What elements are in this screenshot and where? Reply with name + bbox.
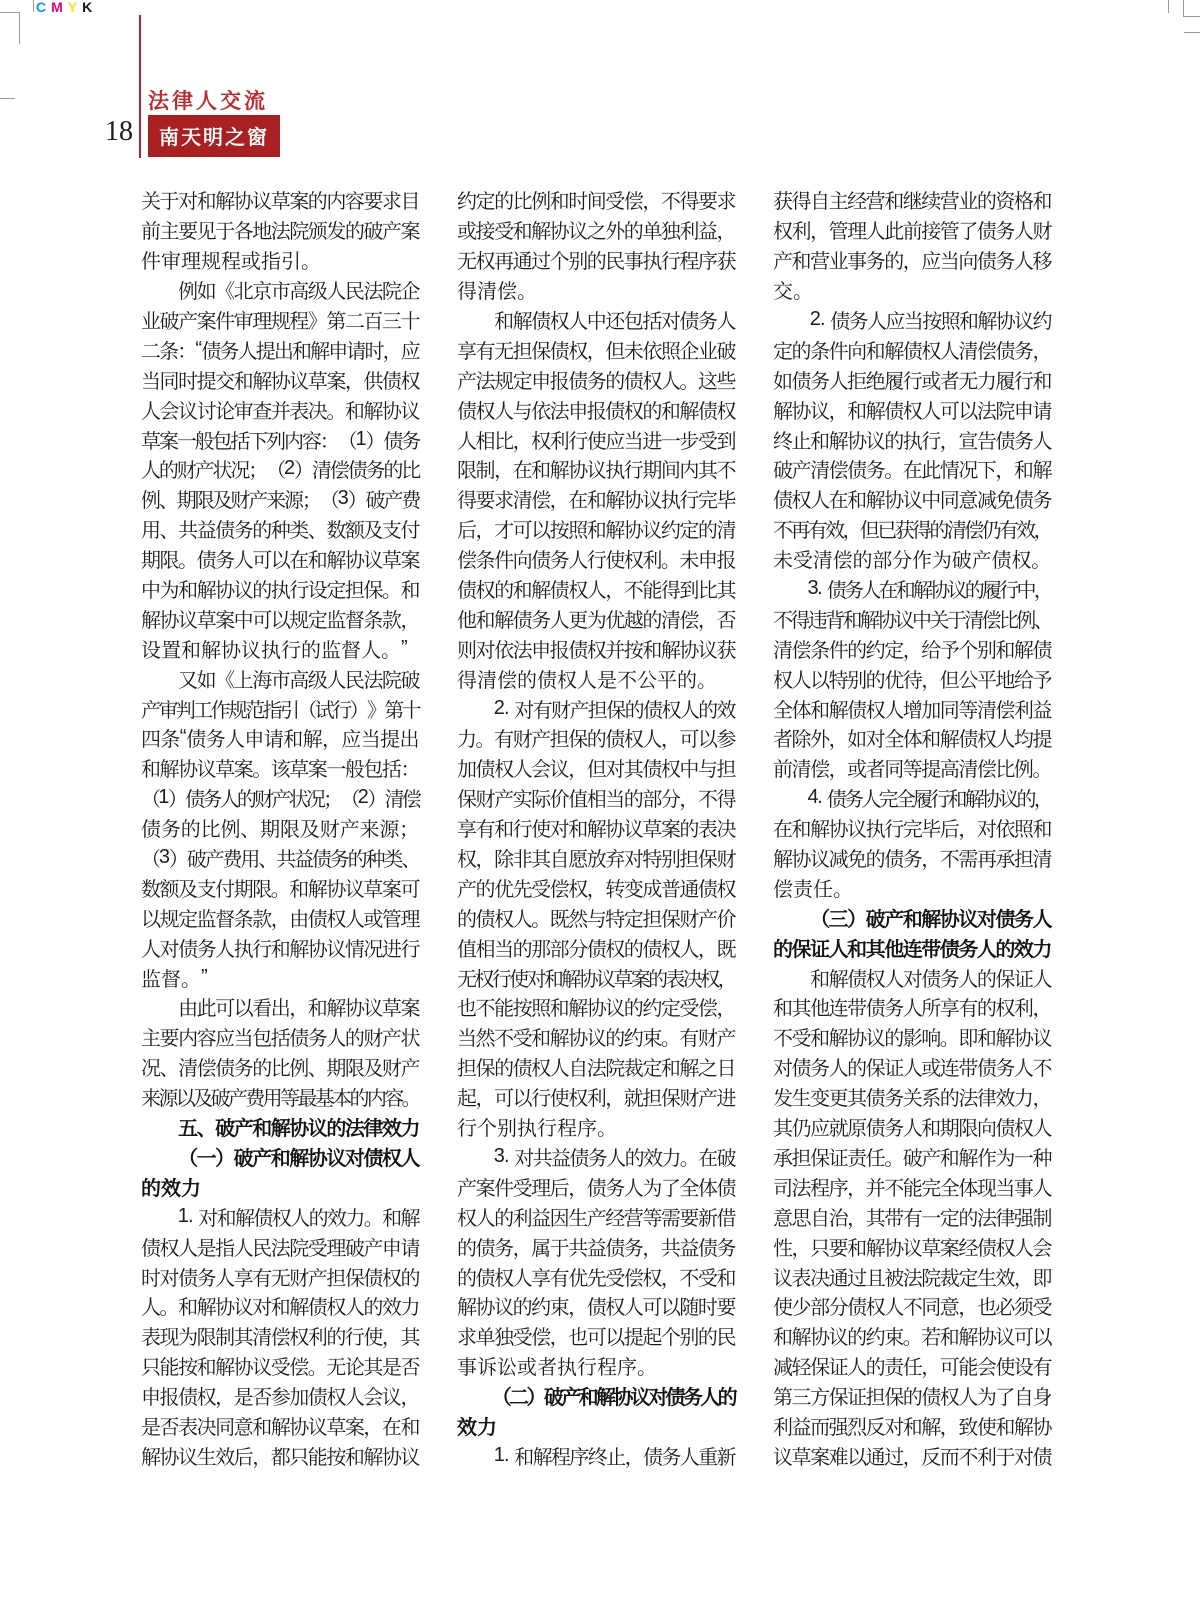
body-text-line: 人的财产状况；（2）清偿债务的比 — [141, 454, 419, 484]
body-text-line: 人对债务人执行和解协议情况进行 — [141, 932, 419, 962]
body-text-line: 起，可以行使权利，就担保财产进 — [457, 1082, 735, 1112]
body-text-line: 草案一般包括下列内容：（1）债务 — [141, 424, 419, 454]
text-column-3: 获得自主经营和继续营业的资格和权利，管理人此前接管了债务人财产和营业事务的，应当… — [773, 185, 1051, 1470]
body-text-line: 是否表决同意和解协议草案，在和 — [141, 1411, 419, 1441]
heading-line: 的保证人和其他连带债务人的效力 — [773, 932, 1051, 962]
body-text-line: 产审判工作规范指引（试行）》第十 — [141, 693, 419, 723]
body-text-line: 中为和解协议的执行设定担保。和 — [141, 574, 419, 604]
body-text-line: 限制，在和解协议执行期间内其不 — [457, 454, 735, 484]
body-text-line: 产的优先受偿权，转变成普通债权 — [457, 872, 735, 902]
body-text-line: 人。和解协议对和解债权人的效力 — [141, 1291, 419, 1321]
body-text-line: 第三方保证担保的债权人为了自身 — [773, 1381, 1051, 1411]
body-text-line: 又如《上海市高级人民法院破 — [141, 663, 419, 693]
heading-line: （二）破产和解协议对债务人的 — [457, 1381, 735, 1411]
body-text-line: 以规定监督条款，由债权人或管理 — [141, 902, 419, 932]
body-text-line: 定的条件向和解债权人清偿债务， — [773, 334, 1051, 364]
body-text-line: 约定的比例和时间受偿，不得要求 — [457, 185, 735, 215]
body-text-line: 期限。债务人可以在和解协议草案 — [141, 544, 419, 574]
body-text-line: 后，才可以按照和解协议约定的清 — [457, 514, 735, 544]
heading-line: （三）破产和解协议对债务人 — [773, 902, 1051, 932]
cmyk-m: M — [51, 0, 63, 15]
body-text-line: 破产清偿债务。在此情况下，和解 — [773, 454, 1051, 484]
body-text-line: 例如《北京市高级人民法院企 — [141, 275, 419, 305]
body-text-line: （1）债务人的财产状况；（2）清偿 — [141, 783, 419, 813]
header-vertical-rule — [139, 15, 141, 158]
body-text-line: 用、共益债务的种类、数额及支付 — [141, 514, 419, 544]
body-text-line: 产案件受理后，债务人为了全体债 — [457, 1171, 735, 1201]
body-text-line: 只能按和解协议受偿。无论其是否 — [141, 1351, 419, 1381]
crop-mark-left-tick — [0, 98, 15, 99]
crop-mark-top-right-v — [1183, 0, 1184, 16]
body-text-line: 解协议生效后，都只能按和解协议 — [141, 1440, 419, 1470]
body-text-line: 2. 债务人应当按照和解协议约 — [773, 305, 1051, 335]
body-text-line: 力。有财产担保的债权人，可以参 — [457, 723, 735, 753]
body-text-line: 债权的和解债权人，不能得到比其 — [457, 574, 735, 604]
body-text-line: 利益而强烈反对和解，致使和解协 — [773, 1411, 1051, 1441]
body-text-line: 权，除非其自愿放弃对特别担保财 — [457, 843, 735, 873]
body-text-line: 享有无担保债权，但未依照企业破 — [457, 334, 735, 364]
body-text-line: 人相比，权利行使应当进一步受到 — [457, 424, 735, 454]
body-text-line: 不受和解协议的影响。即和解协议 — [773, 1022, 1051, 1052]
body-text-line: 前清偿，或者同等提高清偿比例。 — [773, 753, 1051, 783]
body-text-line: 主要内容应当包括债务人的财产状 — [141, 1022, 419, 1052]
cmyk-k: K — [82, 0, 92, 15]
body-text-line: 得清偿的债权人是不公平的。 — [457, 663, 735, 693]
crop-mark-right-bleed-v — [1168, 0, 1169, 13]
body-text-line: 事诉讼或者执行程序。 — [457, 1351, 735, 1381]
magazine-page: CMYK 18 法律人交流 南天明之窗 关于对和解协议草案的内容要求目前主要见于… — [0, 0, 1200, 1606]
body-text-line: 在和解协议执行完毕后，对依照和 — [773, 813, 1051, 843]
body-text-line: 产和营业事务的，应当向债务人移 — [773, 245, 1051, 275]
body-text-line: 加债权人会议，但对其债权中与担 — [457, 753, 735, 783]
body-text-line: 3. 对共益债务人的效力。在破 — [457, 1142, 735, 1172]
body-text-line: 的债务，属于共益债务，共益债务 — [457, 1231, 735, 1261]
body-text-line: 或接受和解协议之外的单独利益， — [457, 215, 735, 245]
body-text-line: 偿责任。 — [773, 872, 1051, 902]
body-text-line: 产法规定申报债务的债权人。这些 — [457, 364, 735, 394]
body-text-line: 解协议，和解债权人可以法院申请 — [773, 394, 1051, 424]
body-text-line: 减轻保证人的责任，可能会使设有 — [773, 1351, 1051, 1381]
crop-mark-left-bleed-v — [33, 0, 34, 12]
body-text-line: 时对债务人享有无财产担保债权的 — [141, 1261, 419, 1291]
section-title: 法律人交流 — [148, 85, 268, 115]
body-text-line: 求单独受偿，也可以提起个别的民 — [457, 1321, 735, 1351]
body-text-line: 表现为限制其清偿权利的行使，其 — [141, 1321, 419, 1351]
body-text-line: 得清偿。 — [457, 275, 735, 305]
body-text-line: 1. 对和解债权人的效力。和解 — [141, 1201, 419, 1231]
heading-line: 五、破产和解协议的法律效力 — [141, 1112, 419, 1142]
body-text-line: 性，只要和解协议草案经债权人会 — [773, 1231, 1051, 1261]
body-text-line: 者除外，如对全体和解债权人均提 — [773, 723, 1051, 753]
body-text-line: 1. 和解程序终止，债务人重新 — [457, 1440, 735, 1470]
body-text-line: 当然不受和解协议的约束。有财产 — [457, 1022, 735, 1052]
body-text-line: 担保的债权人自法院裁定和解之日 — [457, 1052, 735, 1082]
body-text-line: 4. 债务人完全履行和解协议的， — [773, 783, 1051, 813]
heading-line: 效力 — [457, 1411, 735, 1441]
body-text-line: 他和解债务人更为优越的清偿，否 — [457, 603, 735, 633]
body-text-line: 行个别执行程序。 — [457, 1112, 735, 1142]
body-text-line: 未受清偿的部分作为破产债权。 — [773, 544, 1051, 574]
body-text-line: 设置和解协议执行的监督人。” — [141, 633, 419, 663]
body-text-line: 和其他连带债务人所享有的权利， — [773, 992, 1051, 1022]
body-text-line: 的债权人。既然与特定担保财产价 — [457, 902, 735, 932]
body-text-line: 保财产实际价值相当的部分，不得 — [457, 783, 735, 813]
body-text-line: 人会议讨论审查并表决。和解协议 — [141, 394, 419, 424]
body-text-line: 权利，管理人此前接管了债务人财 — [773, 215, 1051, 245]
body-text-line: 使少部分债权人不同意，也必须受 — [773, 1291, 1051, 1321]
body-text-line: 意思自治，其带有一定的法律强制 — [773, 1201, 1051, 1231]
body-text-line: 也不能按照和解协议的约定受偿， — [457, 992, 735, 1022]
body-text-line: 解协议减免的债务，不需再承担清 — [773, 843, 1051, 873]
body-text-line: 的债权人享有优先受偿权，不受和 — [457, 1261, 735, 1291]
body-text-line: 不得违背和解协议中关于清偿比例、 — [773, 603, 1051, 633]
body-text-line: 和解协议的约束。若和解协议可以 — [773, 1321, 1051, 1351]
body-text-line: 况、清偿债务的比例、期限及财产 — [141, 1052, 419, 1082]
body-text-line: 申报债权，是否参加债权人会议， — [141, 1381, 419, 1411]
body-text-line: 终止和解协议的执行，宣告债务人 — [773, 424, 1051, 454]
body-text-line: 3. 债务人在和解协议的履行中， — [773, 574, 1051, 604]
body-text-line: 清偿条件的约定，给予个别和解债 — [773, 633, 1051, 663]
body-text-line: 交。 — [773, 275, 1051, 305]
text-column-1: 关于对和解协议草案的内容要求目前主要见于各地法院颁发的破产案件审理规程或指引。 … — [141, 185, 419, 1470]
body-text-line: 其仍应就原债务人和期限向债权人 — [773, 1112, 1051, 1142]
body-text-line: 权人以特别的优待，但公平地给予 — [773, 663, 1051, 693]
body-text-line: 四条“债务人申请和解，应当提出 — [141, 723, 419, 753]
body-text-line: 不再有效，但已获得的清偿仍有效， — [773, 514, 1051, 544]
body-text-line: 债权人与依法申报债权的和解债权 — [457, 394, 735, 424]
body-text-line: 债务的比例、期限及财产来源； — [141, 813, 419, 843]
cmyk-print-label: CMYK — [36, 0, 97, 15]
body-text-line: 来源以及破产费用等最基本的内容。 — [141, 1082, 419, 1112]
body-text-line: 例、期限及财产来源；（3）破产费 — [141, 484, 419, 514]
body-text-line: 值相当的那部分债权的债权人，既 — [457, 932, 735, 962]
body-text-line: 二条：“债务人提出和解申请时，应 — [141, 334, 419, 364]
body-text-line: 债权人在和解协议中同意减免债务 — [773, 484, 1051, 514]
body-text-line: 数额及支付期限。和解协议草案可 — [141, 872, 419, 902]
body-text-line: （3）破产费用、共益债务的种类、 — [141, 843, 419, 873]
body-text-line: 解协议的约束，债权人可以随时要 — [457, 1291, 735, 1321]
body-text-line: 发生变更其债务关系的法律效力， — [773, 1082, 1051, 1112]
cmyk-y: Y — [68, 0, 77, 15]
body-text-line: 解协议草案中可以规定监督条款， — [141, 603, 419, 633]
body-text-line: 债权人是指人民法院受理破产申请 — [141, 1231, 419, 1261]
body-text-line: 如债务人拒绝履行或者无力履行和 — [773, 364, 1051, 394]
body-text-line: 关于对和解协议草案的内容要求目 — [141, 185, 419, 215]
body-text-line: 2. 对有财产担保的债权人的效 — [457, 693, 735, 723]
body-text-line: 司法程序，并不能完全体现当事人 — [773, 1171, 1051, 1201]
cmyk-c: C — [36, 0, 46, 15]
crop-mark-right-tick — [1184, 32, 1200, 33]
article-body: 关于对和解协议草案的内容要求目前主要见于各地法院颁发的破产案件审理规程或指引。 … — [141, 185, 1053, 1470]
body-text-line: 全体和解债权人增加同等清偿利益 — [773, 693, 1051, 723]
body-text-line: 当同时提交和解协议草案，供债权 — [141, 364, 419, 394]
text-column-2: 约定的比例和时间受偿，不得要求或接受和解协议之外的单独利益，无权再通过个别的民事… — [457, 185, 735, 1470]
body-text-line: 由此可以看出，和解协议草案 — [141, 992, 419, 1022]
body-text-line: 对债务人的保证人或连带债务人不 — [773, 1052, 1051, 1082]
body-text-line: 享有和行使对和解协议草案的表决 — [457, 813, 735, 843]
crop-mark-top-left-v — [19, 12, 20, 44]
body-text-line: 获得自主经营和继续营业的资格和 — [773, 185, 1051, 215]
body-text-line: 权人的利益因生产经营等需要新借 — [457, 1201, 735, 1231]
body-text-line: 无权再通过个别的民事执行程序获 — [457, 245, 735, 275]
body-text-line: 则对依法申报债权并按和解协议获 — [457, 633, 735, 663]
body-text-line: 和解债权人对债务人的保证人 — [773, 962, 1051, 992]
body-text-line: 偿条件向债务人行使权利。未申报 — [457, 544, 735, 574]
body-text-line: 监督。” — [141, 962, 419, 992]
body-text-line: 承担保证责任。破产和解作为一种 — [773, 1142, 1051, 1172]
page-number: 18 — [0, 116, 133, 148]
body-text-line: 和解协议草案。该草案一般包括： — [141, 753, 419, 783]
crop-mark-top-left-h — [0, 12, 19, 13]
column-banner: 南天明之窗 — [148, 115, 280, 157]
heading-line: 的效力 — [141, 1171, 419, 1201]
body-text-line: 件审理规程或指引。 — [141, 245, 419, 275]
body-text-line: 议草案难以通过，反而不利于对债 — [773, 1440, 1051, 1470]
heading-line: （一）破产和解协议对债权人 — [141, 1142, 419, 1172]
body-text-line: 得要求清偿，在和解协议执行完毕 — [457, 484, 735, 514]
body-text-line: 和解债权人中还包括对债务人 — [457, 305, 735, 335]
body-text-line: 无权行使对和解协议草案的表决权， — [457, 962, 735, 992]
body-text-line: 业破产案件审理规程》第二百三十 — [141, 305, 419, 335]
crop-mark-top-right-h — [1183, 16, 1200, 17]
body-text-line: 前主要见于各地法院颁发的破产案 — [141, 215, 419, 245]
body-text-line: 议表决通过且被法院裁定生效，即 — [773, 1261, 1051, 1291]
